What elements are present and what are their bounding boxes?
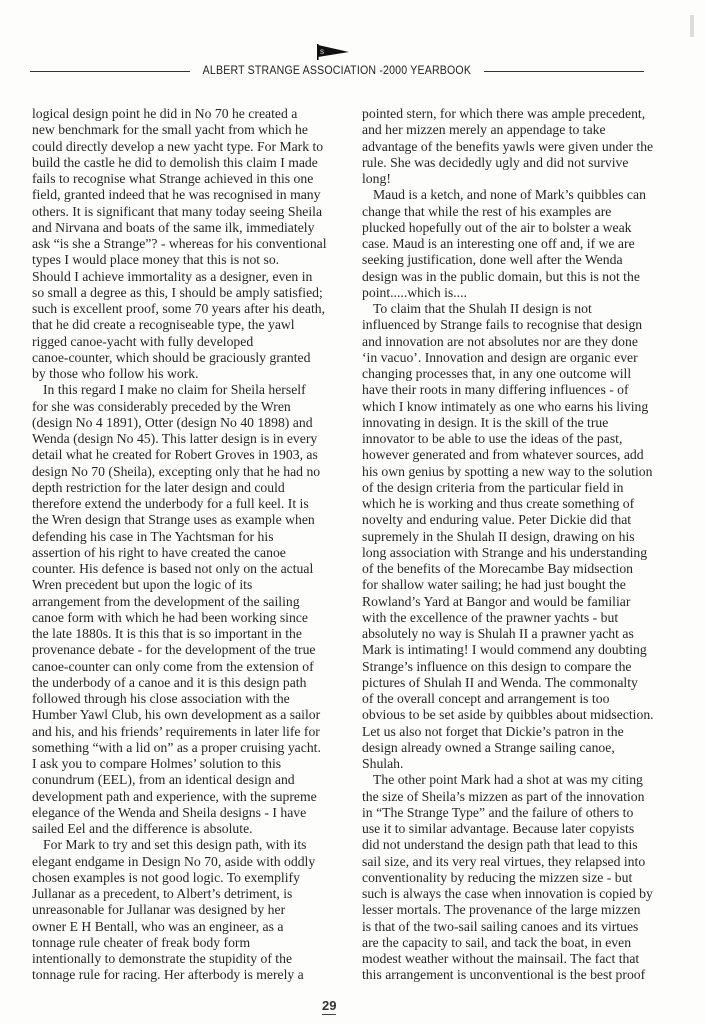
text-line: advantage of the benefits yawls were giv… xyxy=(362,139,684,155)
text-line: of the design criteria from the particul… xyxy=(362,480,684,496)
text-line: The other point Mark had a shot at was m… xyxy=(362,772,684,788)
text-line: the late 1880s. It is this that is so im… xyxy=(32,626,350,642)
text-line: such is excellent proof, some 70 years a… xyxy=(32,301,350,317)
text-line: modest weather without the mainsail. The… xyxy=(362,951,684,967)
text-line: obvious to be set aside by quibbles abou… xyxy=(362,707,684,723)
text-line: design was in the public domain, but thi… xyxy=(362,269,684,285)
text-line: elegant endgame in Design No 70, aside w… xyxy=(32,854,350,870)
text-line: therefore extend the underbody for a ful… xyxy=(32,496,350,512)
text-line: are the capacity to sail, and tack the b… xyxy=(362,935,684,951)
text-line: long! xyxy=(362,171,684,187)
text-line: such is always the case when innovation … xyxy=(362,886,684,902)
text-line: innovating in design. It is the skill of… xyxy=(362,415,684,431)
text-line: plucked hopefully out of the air to bols… xyxy=(362,220,684,236)
text-line: followed through his close association w… xyxy=(32,691,350,707)
text-line: that he did create a recogniseable type,… xyxy=(32,317,350,333)
svg-text:S: S xyxy=(320,50,324,56)
text-line: Shulah. xyxy=(362,756,684,772)
text-line: supremely in the Shulah II design, drawi… xyxy=(362,529,684,545)
text-line: Wenda (design No 45). This latter design… xyxy=(32,431,350,447)
text-line: the underbody of a canoe and it is this … xyxy=(32,675,350,691)
text-line: I ask you to compare Holmes’ solution to… xyxy=(32,756,350,772)
text-line: this arrangement is unconventional is th… xyxy=(362,967,684,983)
text-line: lesser mortals. The provenance of the la… xyxy=(362,902,684,918)
text-line: Humber Yawl Club, his own development as… xyxy=(32,707,350,723)
text-line: canoe form with which he had been workin… xyxy=(32,610,350,626)
text-line: intentionally to demonstrate the stupidi… xyxy=(32,951,350,967)
text-line: ‘in vacuo’. Innovation and design are or… xyxy=(362,350,684,366)
text-line: innovator to be able to use the ideas of… xyxy=(362,431,684,447)
text-line: build the castle he did to demolish this… xyxy=(32,155,350,171)
text-line: novelty and enduring value. Peter Dickie… xyxy=(362,512,684,528)
text-line: so small a degree as this, I should be a… xyxy=(32,285,350,301)
text-line: Maud is a ketch, and none of Mark’s quib… xyxy=(362,187,684,203)
text-line: assertion of his right to have created t… xyxy=(32,545,350,561)
text-line: rigged canoe-yacht with fully developed xyxy=(32,334,350,350)
text-line: In this regard I make no claim for Sheil… xyxy=(32,382,350,398)
text-line: for she was considerably preceded by the… xyxy=(32,399,350,415)
text-line: in “The Strange Type” and the failure of… xyxy=(362,805,684,821)
text-line: provenance debate - for the development … xyxy=(32,642,350,658)
text-line: depth restriction for the later design a… xyxy=(32,480,350,496)
text-line: elegance of the Wenda and Sheila designs… xyxy=(32,805,350,821)
text-line: and her mizzen merely an appendage to ta… xyxy=(362,122,684,138)
text-line: others. It is significant that many toda… xyxy=(32,204,350,220)
header-rule-left xyxy=(30,71,190,72)
text-line: canoe-counter can only come from the ext… xyxy=(32,659,350,675)
text-line: the Wren design that Strange uses as exa… xyxy=(32,512,350,528)
text-line: tonnage rule cheater of freak body form xyxy=(32,935,350,951)
left-column: logical design point he did in No 70 he … xyxy=(32,106,350,984)
page-header: ALBERT STRANGE ASSOCIATION -2000 YEARBOO… xyxy=(30,62,644,80)
text-line: Strange’s influence on this design to co… xyxy=(362,659,684,675)
text-line: sail size, and its very real virtues, th… xyxy=(362,854,684,870)
text-line: did not understand the design path that … xyxy=(362,837,684,853)
text-line: Should I achieve immortality as a design… xyxy=(32,269,350,285)
text-line: use it to similar advantage. Because lat… xyxy=(362,821,684,837)
text-line: Rowland’s Yard at Bangor and would be fa… xyxy=(362,594,684,610)
text-line: owner E H Bentall, who was an engineer, … xyxy=(32,919,350,935)
text-line: development path and experience, with th… xyxy=(32,789,350,805)
text-line: field, granted indeed that he was recogn… xyxy=(32,187,350,203)
text-line: fails to recognise what Strange achieved… xyxy=(32,171,350,187)
text-line: which I know intimately as one who earns… xyxy=(362,399,684,415)
text-line: and his, and his friends’ requirements i… xyxy=(32,724,350,740)
text-line: ask “is she a Strange”? - whereas for hi… xyxy=(32,236,350,252)
text-line: for shallow water sailing; he had just b… xyxy=(362,577,684,593)
text-line: conundrum (EEL), from an identical desig… xyxy=(32,772,350,788)
pennant-flag-icon: S xyxy=(316,44,350,60)
text-line: Jullanar as a precedent, to Albert’s det… xyxy=(32,886,350,902)
text-line: have their roots in many differing influ… xyxy=(362,382,684,398)
text-line: To claim that the Shulah II design is no… xyxy=(362,301,684,317)
text-line: absolutely no way is Shulah II a prawner… xyxy=(362,626,684,642)
scan-edge-mark xyxy=(690,15,694,37)
text-line: defending his case in The Yachtsman for … xyxy=(32,529,350,545)
text-line: seeking justification, done well after t… xyxy=(362,252,684,268)
text-line: new benchmark for the small yacht from w… xyxy=(32,122,350,138)
text-line: Wren precedent but upon the logic of its xyxy=(32,577,350,593)
text-line: canoe-counter, which should be graciousl… xyxy=(32,350,350,366)
text-line: changing processes that, in any one outc… xyxy=(362,366,684,382)
text-line: Let us also not forget that Dickie’s pat… xyxy=(362,724,684,740)
text-line: of the benefits of the Morecambe Bay mid… xyxy=(362,561,684,577)
header-rule-right xyxy=(484,71,644,72)
text-line: For Mark to try and set this design path… xyxy=(32,837,350,853)
text-line: (design No 4 1891), Otter (design No 40 … xyxy=(32,415,350,431)
text-line: point.....which is.... xyxy=(362,285,684,301)
text-line: and Nirvana and boats of the same ilk, i… xyxy=(32,220,350,236)
text-line: long association with Strange and his un… xyxy=(362,545,684,561)
header-title: ALBERT STRANGE ASSOCIATION -2000 YEARBOO… xyxy=(202,65,472,77)
text-line: unreasonable for Jullanar was designed b… xyxy=(32,902,350,918)
right-column: pointed stern, for which there was ample… xyxy=(362,106,684,984)
text-line: counter. His defence is based not only o… xyxy=(32,561,350,577)
text-line: pointed stern, for which there was ample… xyxy=(362,106,684,122)
text-line: however generated and from whatever sour… xyxy=(362,447,684,463)
text-line: the size of Sheila’s mizzen as part of t… xyxy=(362,789,684,805)
text-line: change that while the rest of his exampl… xyxy=(362,204,684,220)
page-number: 29 xyxy=(322,998,336,1015)
text-line: case. Maud is an interesting one off and… xyxy=(362,236,684,252)
text-line: his own genius by spotting a new way to … xyxy=(362,464,684,480)
text-line: of the overall concept and arrangement i… xyxy=(362,691,684,707)
text-line: design No 70 (Sheila), excepting only th… xyxy=(32,464,350,480)
text-line: is that of the two-sail sailing canoes a… xyxy=(362,919,684,935)
text-line: rule. She was decidedly ugly and did not… xyxy=(362,155,684,171)
text-line: detail what he created for Robert Groves… xyxy=(32,447,350,463)
text-line: something “with a lid on” as a proper cr… xyxy=(32,740,350,756)
text-line: which he is working and thus create some… xyxy=(362,496,684,512)
text-line: could directly develop a new yacht type.… xyxy=(32,139,350,155)
text-line: arrangement from the development of the … xyxy=(32,594,350,610)
text-line: pictures of Shulah II and Wenda. The com… xyxy=(362,675,684,691)
text-line: design already owned a Strange sailing c… xyxy=(362,740,684,756)
text-line: Mark is intimating! I would commend any … xyxy=(362,642,684,658)
text-line: with the excellence of the prawner yacht… xyxy=(362,610,684,626)
text-line: tonnage rule for racing. Her afterbody i… xyxy=(32,967,350,983)
text-line: by those who follow his work. xyxy=(32,366,350,382)
text-line: sailed Eel and the difference is absolut… xyxy=(32,821,350,837)
text-line: logical design point he did in No 70 he … xyxy=(32,106,350,122)
text-line: and innovation are not absolutes nor are… xyxy=(362,334,684,350)
text-line: types I would place money that this is n… xyxy=(32,252,350,268)
text-line: influenced by Strange fails to recognise… xyxy=(362,317,684,333)
text-line: conventionality by reducing the mizzen s… xyxy=(362,870,684,886)
text-line: chosen examples is not good logic. To ex… xyxy=(32,870,350,886)
